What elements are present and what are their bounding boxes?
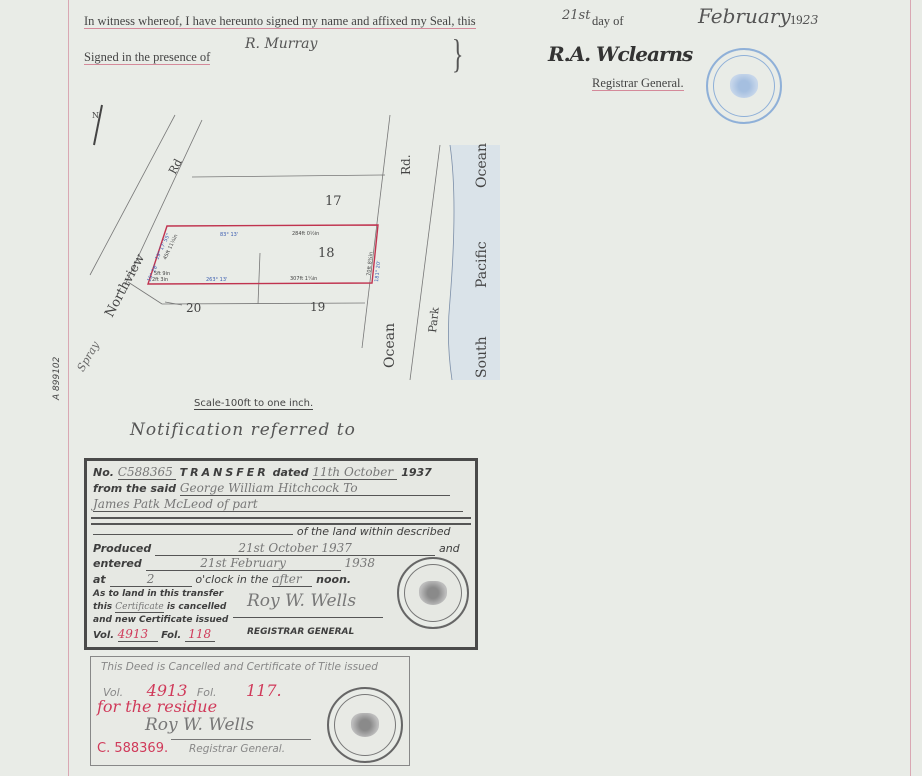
margin-note: A 899102 — [52, 357, 62, 400]
sea-ocean-label: Ocean — [474, 143, 490, 188]
entered-value: 21st February — [146, 556, 341, 571]
entered-year: 1938 — [344, 556, 375, 570]
signed-presence-text: Signed in the presence of — [84, 50, 210, 65]
witness-clause-text: In witness whereof, I have hereunto sign… — [84, 14, 476, 29]
notification-text: Notification referred to — [130, 420, 356, 440]
produced-row: Produced 21st October 1937 and — [93, 541, 469, 556]
year-suffix: 23 — [803, 12, 819, 27]
fol-value: 118 — [185, 627, 215, 642]
lot-18-boundary — [148, 225, 378, 284]
top-length: 284ft 0½in — [292, 230, 319, 237]
witness-signature: R. Murray — [245, 36, 317, 52]
witness-clause: In witness whereof, I have hereunto sign… — [84, 14, 476, 29]
dated-label: dated — [273, 466, 309, 479]
from-row: from the said George William Hitchcock T… — [93, 481, 469, 496]
divider — [91, 517, 471, 519]
top-bearing: 83° 13' — [220, 232, 238, 238]
cancel-cert-no: C. 588369. — [97, 741, 168, 756]
transfer-number-row: No. C588365 TRANSFER dated 11th October … — [93, 465, 469, 480]
registrar-title: Registrar General. — [592, 76, 684, 91]
no-label: No. — [93, 466, 114, 479]
entered-label: entered — [93, 557, 142, 570]
bottom-bearing: 263° 13' — [206, 277, 227, 283]
land-label: of the land within described — [297, 525, 451, 538]
road-rd-right-label: Rd. — [399, 154, 413, 175]
registrar-general-seal — [706, 48, 782, 124]
cancel-registrar-seal — [327, 687, 403, 763]
year: 1923 — [790, 12, 818, 28]
land-row: of the land within described — [93, 525, 469, 538]
bottom-length: 307ft 1¼in — [290, 276, 317, 282]
registrar-title-text: Registrar General. — [592, 76, 684, 91]
dated-year: 1937 — [401, 466, 432, 479]
road-rd-left-label: Rd — [166, 157, 185, 177]
from-label: from the said — [93, 482, 176, 495]
day-value: 21st — [562, 8, 590, 23]
sea-south-label: South — [474, 336, 490, 378]
cancel-registrar-label: Registrar General. — [189, 743, 285, 755]
noon-label: noon. — [316, 573, 351, 586]
transfer-stamp: No. C588365 TRANSFER dated 11th October … — [84, 458, 478, 650]
left-length-c: 2ft 3in — [152, 277, 168, 283]
produced-value: 21st October 1937 — [155, 541, 435, 556]
year-prefix: 19 — [790, 13, 803, 27]
fol-label: Fol. — [161, 630, 181, 641]
cancelled-pre: this — [93, 602, 112, 612]
signed-presence-label: Signed in the presence of — [84, 50, 210, 65]
brace: } — [452, 30, 464, 77]
sea-pacific-label: Pacific — [474, 241, 490, 288]
from-value: George William Hitchcock To — [180, 481, 450, 496]
scale-text: Scale-100ft to one inch. — [194, 398, 313, 410]
vol-label: Vol. — [93, 630, 114, 641]
cancel-signature: Roy W. Wells — [145, 715, 254, 735]
park-label: Park — [426, 306, 442, 333]
transfer-label: TRANSFER — [180, 466, 269, 479]
and-label: and — [439, 542, 460, 555]
cancel-fol-value: 117. — [246, 681, 282, 700]
lot-18-label: 18 — [318, 246, 335, 261]
day-of-label: day of — [592, 14, 624, 29]
oclock-label: o'clock in the — [195, 573, 268, 586]
to-row: James Patk McLeod of part — [93, 497, 469, 512]
signature-line — [233, 617, 383, 618]
to-value: James Patk McLeod of part — [93, 497, 463, 512]
road-ocean-label: Ocean — [382, 323, 398, 368]
right-bearing: 181° 20' — [374, 260, 382, 282]
noon-value: after — [272, 572, 312, 587]
coat-of-arms-icon — [351, 713, 379, 737]
produced-label: Produced — [93, 542, 151, 555]
residue-note: for the residue — [97, 697, 217, 716]
vol-value: 4913 — [118, 627, 158, 642]
at-label: at — [93, 573, 106, 586]
registrar-signature: R.A. Wclearns — [548, 42, 692, 66]
road-northview-label: Northview — [102, 252, 148, 320]
north-label: N — [92, 111, 99, 120]
coat-of-arms-icon — [730, 74, 758, 98]
right-margin-rule — [910, 0, 911, 776]
coat-of-arms-icon — [419, 581, 447, 605]
cancel-signature-line — [171, 739, 311, 740]
cancelled-value: Certificate — [115, 602, 163, 613]
lot-19-label: 19 — [310, 300, 325, 314]
at-value: 2 — [110, 572, 192, 587]
survey-plan: N 17 18 19 20 83° 13' 284ft 0½in 263° 13… — [80, 100, 520, 400]
cancel-heading: This Deed is Cancelled and Certificate o… — [101, 661, 378, 673]
lot-20-label: 20 — [186, 301, 201, 315]
dated-value: 11th October — [312, 465, 397, 480]
new-cert-label: and new Certificate issued — [93, 615, 228, 625]
month-value: February — [698, 4, 791, 28]
land-transfer-label: As to land in this transfer — [93, 589, 223, 599]
left-margin-rule — [68, 0, 69, 776]
lot-17-label: 17 — [325, 194, 342, 209]
cancelled-post: is cancelled — [167, 602, 227, 612]
cancelled-stamp: This Deed is Cancelled and Certificate o… — [90, 656, 410, 766]
transfer-number: C588365 — [118, 465, 176, 480]
transfer-registrar-seal — [397, 557, 469, 629]
